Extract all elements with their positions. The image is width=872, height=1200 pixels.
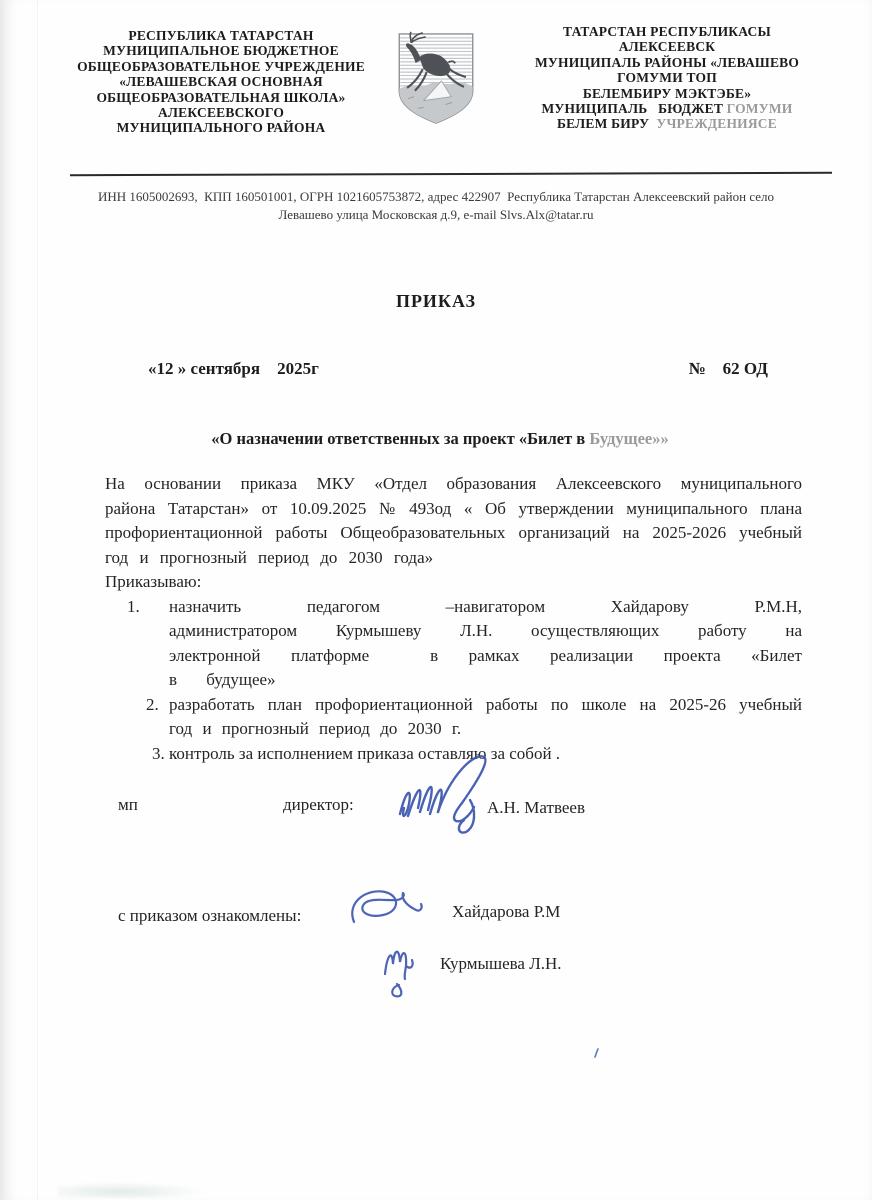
order-item: разработать план профориентационной рабо… [169, 693, 802, 742]
date-number-row: «12 » сентября 2025г № 62 ОД [148, 359, 768, 379]
letterhead-line: ГОМУМИ ТОП [498, 70, 836, 85]
registration-info-line: ИНН 1605002693, КПП 160501001, ОГРН 1021… [36, 188, 836, 206]
seal-mark: мп [118, 795, 138, 815]
registration-info-line: Левашево улица Московская д.9, e-mail Sl… [36, 206, 836, 224]
letterhead-line-part: МУНИЦИПАЛЬ БЮДЖЕТ [541, 101, 726, 116]
letterhead-line-part-faded: УЧРЕЖДЕНИЯСЕ [656, 116, 777, 131]
letterhead-tatar-column: ТАТАРСТАН РЕСПУБЛИКАСЫ АЛЕКСЕЕВСК МУНИЦИ… [498, 22, 836, 136]
scanned-order-document: РЕСПУБЛИКА ТАТАРСТАН МУНИЦИПАЛЬНОЕ БЮДЖЕ… [0, 0, 872, 1200]
order-item: назначить педагогом –навигатором Хайдаро… [169, 595, 802, 693]
letterhead-line-part-faded: ГОМУМИ [727, 101, 793, 116]
acknowledgment-signature-2 [378, 938, 430, 1002]
acknowledged-name: Курмышева Л.Н. [440, 954, 562, 974]
separator-line [70, 172, 832, 176]
registration-info: ИНН 1605002693, КПП 160501001, ОГРН 1021… [36, 188, 836, 224]
letterhead-line: БЕЛЕМБИРУ МЭКТЭБЕ» [498, 86, 836, 101]
order-item-text: назначить педагогом –навигатором Хайдаро… [169, 597, 802, 690]
letterhead-line: АЛЕКСЕЕВСКОГО [68, 105, 374, 120]
letterhead-line: «ЛЕВАШЕВСКАЯ ОСНОВНАЯ [68, 74, 374, 89]
letterhead-line: МУНИЦИПАЛЬ РАЙОНЫ «ЛЕВАШЕВО [498, 55, 836, 70]
order-title: ПРИКАЗ [0, 291, 872, 312]
acknowledgment-signature-1 [345, 884, 430, 934]
letterhead-line: ОБЩЕОБРАЗОВАТЕЛЬНАЯ ШКОЛА» [68, 90, 374, 105]
letterhead: РЕСПУБЛИКА ТАТАРСТАН МУНИЦИПАЛЬНОЕ БЮДЖЕ… [68, 22, 836, 136]
coat-of-arms-icon [374, 22, 498, 136]
order-items-list: назначить педагогом –навигатором Хайдаро… [105, 595, 802, 767]
director-name: А.Н. Матвеев [487, 798, 585, 818]
letterhead-line: МУНИЦИПАЛЬНОЕ БЮДЖЕТНОЕ [68, 43, 374, 58]
order-intro: Приказываю: [105, 570, 802, 595]
order-subject-main: «О назначении ответственных за проект «Б… [211, 429, 589, 448]
order-subject: «О назначении ответственных за проект «Б… [60, 429, 820, 449]
letterhead-line-part: БЕЛЕМ БИРУ [557, 116, 656, 131]
letterhead-line: РЕСПУБЛИКА ТАТАРСТАН [68, 28, 374, 43]
letterhead-line: ОБЩЕОБРАЗОВАТЕЛЬНОЕ УЧРЕЖДЕНИЕ [68, 59, 374, 74]
order-subject-faded: Будущее»» [589, 429, 668, 448]
order-number: № 62 ОД [689, 359, 768, 379]
order-body: На основании приказа МКУ «Отдел образова… [105, 472, 802, 766]
letterhead-line: МУНИЦИПАЛЬ БЮДЖЕТ ГОМУМИ [498, 101, 836, 116]
order-item-text: разработать план профориентационной рабо… [169, 695, 802, 739]
letterhead-line: ТАТАРСТАН РЕСПУБЛИКАСЫ [498, 24, 836, 39]
letterhead-line: АЛЕКСЕЕВСК [498, 39, 836, 54]
ink-speck [593, 1046, 599, 1064]
scan-corner-smudge [58, 1182, 208, 1198]
acknowledged-name: Хайдарова Р.М [452, 902, 560, 922]
order-basis-paragraph: На основании приказа МКУ «Отдел образова… [105, 472, 802, 570]
director-role-label: директор: [283, 795, 354, 815]
acknowledgment-label: с приказом ознакомлены: [118, 906, 301, 926]
letterhead-line: БЕЛЕМ БИРУ УЧРЕЖДЕНИЯСЕ [498, 116, 836, 131]
letterhead-russian-column: РЕСПУБЛИКА ТАТАРСТАН МУНИЦИПАЛЬНОЕ БЮДЖЕ… [68, 22, 374, 136]
scan-artifact-line [37, 0, 38, 1200]
director-signature [393, 748, 513, 838]
letterhead-line: МУНИЦИПАЛЬНОГО РАЙОНА [68, 120, 374, 135]
order-date: «12 » сентября 2025г [148, 359, 319, 379]
